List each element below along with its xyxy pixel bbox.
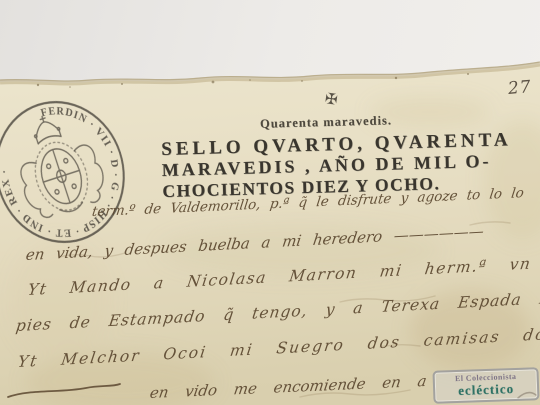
maltese-cross-icon: ✠ — [324, 89, 339, 109]
watermark-subtitle: ecléctico — [458, 381, 514, 399]
folio-number: 27 — [507, 77, 532, 99]
photo-of-document: FERDIN · VII · D · G · · HISP · ET · IND… — [0, 0, 540, 405]
collector-watermark: El Coleccionista ecléctico — [432, 367, 539, 404]
main-revenue-stamp: SELLO QVARTO, QVARENTA MARAVEDIS , AÑO D… — [161, 128, 540, 202]
